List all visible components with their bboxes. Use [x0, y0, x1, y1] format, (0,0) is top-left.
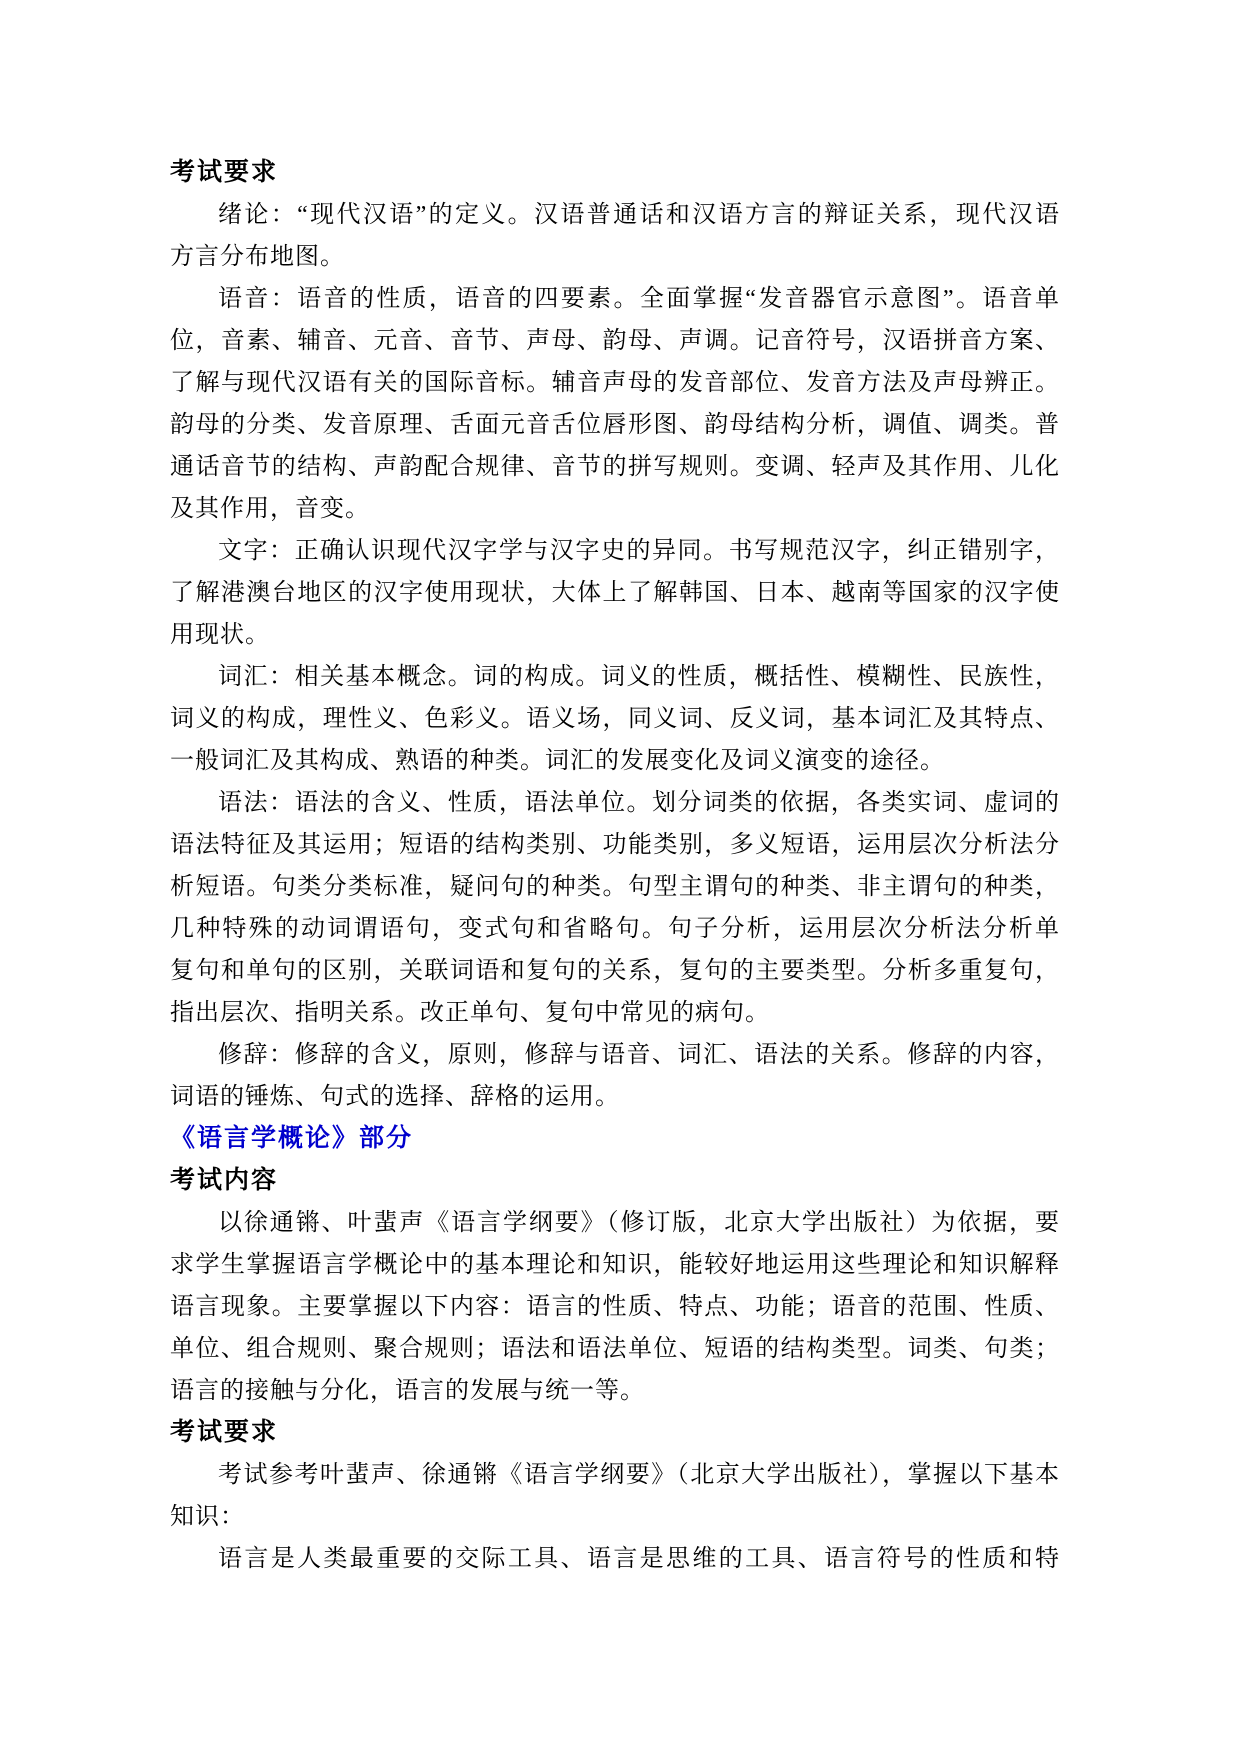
- text-line: 语言的接触与分化，语言的发展与统一等。: [170, 1370, 1060, 1412]
- text-line: 文字：正确认识现代汉字学与汉字史的异同。书写规范汉字，纠正错别字，: [170, 530, 1060, 572]
- text-line: 词义的构成，理性义、色彩义。语义场，同义词、反义词，基本词汇及其特点、: [170, 698, 1060, 740]
- paragraph: 语音：语音的性质，语音的四要素。全面掌握“发音器官示意图”。语音单位，音素、辅音…: [170, 278, 1060, 530]
- text-line: 指出层次、指明关系。改正单句、复句中常见的病句。: [170, 992, 1060, 1034]
- text-line: 语法：语法的含义、性质，语法单位。划分词类的依据，各类实词、虚词的: [170, 782, 1060, 824]
- document-page: 考试要求绪论：“现代汉语”的定义。汉语普通话和汉语方言的辩证关系，现代汉语方言分…: [0, 0, 1240, 1754]
- text-line: 以徐通锵、叶蜚声《语言学纲要》（修订版，北京大学出版社）为依据，要: [170, 1202, 1060, 1244]
- text-line: 了解港澳台地区的汉字使用现状，大体上了解韩国、日本、越南等国家的汉字使: [170, 572, 1060, 614]
- document-body: 考试要求绪论：“现代汉语”的定义。汉语普通话和汉语方言的辩证关系，现代汉语方言分…: [170, 152, 1060, 1580]
- text-line: 考试参考叶蜚声、徐通锵《语言学纲要》（北京大学出版社），掌握以下基本: [170, 1454, 1060, 1496]
- text-line: 词汇：相关基本概念。词的构成。词义的性质，概括性、模糊性、民族性，: [170, 656, 1060, 698]
- text-line: 几种特殊的动词谓语句，变式句和省略句。句子分析，运用层次分析法分析单句。: [170, 908, 1060, 950]
- text-line: 通话音节的结构、声韵配合规律、音节的拼写规则。变调、轻声及其作用、儿化: [170, 446, 1060, 488]
- text-line: 语言现象。主要掌握以下内容：语言的性质、特点、功能；语音的范围、性质、: [170, 1286, 1060, 1328]
- text-line: 韵母的分类、发音原理、舌面元音舌位唇形图、韵母结构分析，调值、调类。普: [170, 404, 1060, 446]
- paragraph: 语言是人类最重要的交际工具、语言是思维的工具、语言符号的性质和特点、: [170, 1538, 1060, 1580]
- section-heading: 考试内容: [170, 1160, 1060, 1202]
- paragraph: 词汇：相关基本概念。词的构成。词义的性质，概括性、模糊性、民族性，词义的构成，理…: [170, 656, 1060, 782]
- text-line: 单位、组合规则、聚合规则；语法和语法单位、短语的结构类型。词类、句类；: [170, 1328, 1060, 1370]
- paragraph: 修辞：修辞的含义，原则，修辞与语音、词汇、语法的关系。修辞的内容，词语的锤炼、句…: [170, 1034, 1060, 1118]
- paragraph: 绪论：“现代汉语”的定义。汉语普通话和汉语方言的辩证关系，现代汉语方言分布地图。: [170, 194, 1060, 278]
- text-line: 用现状。: [170, 614, 1060, 656]
- text-line: 复句和单句的区别，关联词语和复句的关系，复句的主要类型。分析多重复句，: [170, 950, 1060, 992]
- text-line: 词语的锤炼、句式的选择、辞格的运用。: [170, 1076, 1060, 1118]
- text-line: 语法特征及其运用；短语的结构类别、功能类别，多义短语，运用层次分析法分: [170, 824, 1060, 866]
- section-heading: 考试要求: [170, 152, 1060, 194]
- paragraph: 文字：正确认识现代汉字学与汉字史的异同。书写规范汉字，纠正错别字，了解港澳台地区…: [170, 530, 1060, 656]
- text-line: 语言是人类最重要的交际工具、语言是思维的工具、语言符号的性质和特点、: [170, 1538, 1060, 1580]
- paragraph: 语法：语法的含义、性质，语法单位。划分词类的依据，各类实词、虚词的语法特征及其运…: [170, 782, 1060, 1034]
- text-line: 一般词汇及其构成、熟语的种类。词汇的发展变化及词义演变的途径。: [170, 740, 1060, 782]
- text-line: 方言分布地图。: [170, 236, 1060, 278]
- text-line: 了解与现代汉语有关的国际音标。辅音声母的发音部位、发音方法及声母辨正。: [170, 362, 1060, 404]
- part-title: 《语言学概论》部分: [170, 1118, 1060, 1160]
- paragraph: 考试参考叶蜚声、徐通锵《语言学纲要》（北京大学出版社），掌握以下基本知识：: [170, 1454, 1060, 1538]
- text-line: 求学生掌握语言学概论中的基本理论和知识，能较好地运用这些理论和知识解释: [170, 1244, 1060, 1286]
- text-line: 析短语。句类分类标准，疑问句的种类。句型主谓句的种类、非主谓句的种类，: [170, 866, 1060, 908]
- text-line: 语音：语音的性质，语音的四要素。全面掌握“发音器官示意图”。语音单: [170, 278, 1060, 320]
- text-line: 及其作用，音变。: [170, 488, 1060, 530]
- paragraph: 以徐通锵、叶蜚声《语言学纲要》（修订版，北京大学出版社）为依据，要求学生掌握语言…: [170, 1202, 1060, 1412]
- text-line: 位，音素、辅音、元音、音节、声母、韵母、声调。记音符号，汉语拼音方案、: [170, 320, 1060, 362]
- section-heading: 考试要求: [170, 1412, 1060, 1454]
- text-line: 修辞：修辞的含义，原则，修辞与语音、词汇、语法的关系。修辞的内容，: [170, 1034, 1060, 1076]
- text-line: 绪论：“现代汉语”的定义。汉语普通话和汉语方言的辩证关系，现代汉语: [170, 194, 1060, 236]
- text-line: 知识：: [170, 1496, 1060, 1538]
